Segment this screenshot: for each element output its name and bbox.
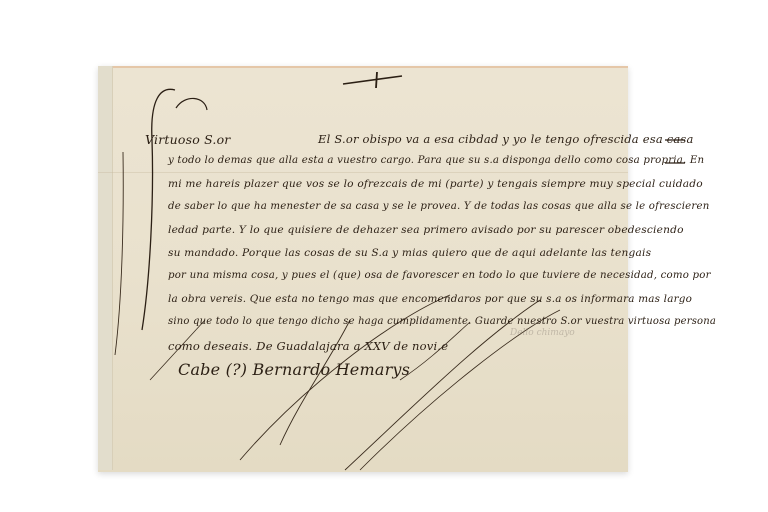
paper-left-fold <box>98 66 113 470</box>
letter-line-2: y todo lo demas que alla esta a vuestro … <box>168 155 704 166</box>
letter-line-6: su mandado. Porque las cosas de su S.a y… <box>168 247 651 259</box>
letter-line-3: mi me hareis plazer que vos se lo ofrezc… <box>168 178 703 190</box>
paper-crease <box>98 172 628 173</box>
letter-line-4: de saber lo que ha menester de sa casa y… <box>168 201 709 212</box>
letter-line-10: como deseais. De Guadalajara a XXV de no… <box>168 339 448 353</box>
letter-salutation: Virtuoso S.or <box>145 132 231 147</box>
letter-line-8: la obra vereis. Que esta no tengo mas qu… <box>168 293 692 305</box>
letter-paper <box>98 66 628 472</box>
letter-line-7: por una misma cosa, y pues el (que) osa … <box>168 270 711 281</box>
letter-line-9: sino que todo lo que tengo dicho se haga… <box>168 316 716 327</box>
letter-line-1: El S.or obispo va a esa cibdad y yo le t… <box>318 132 694 146</box>
bleedthrough-text: Dello chimayo <box>510 328 575 338</box>
signature: Cabe (?) Bernardo Hemarys <box>178 360 410 379</box>
letter-line-5: ledad parte. Y lo que quisiere de dehaze… <box>168 224 684 236</box>
